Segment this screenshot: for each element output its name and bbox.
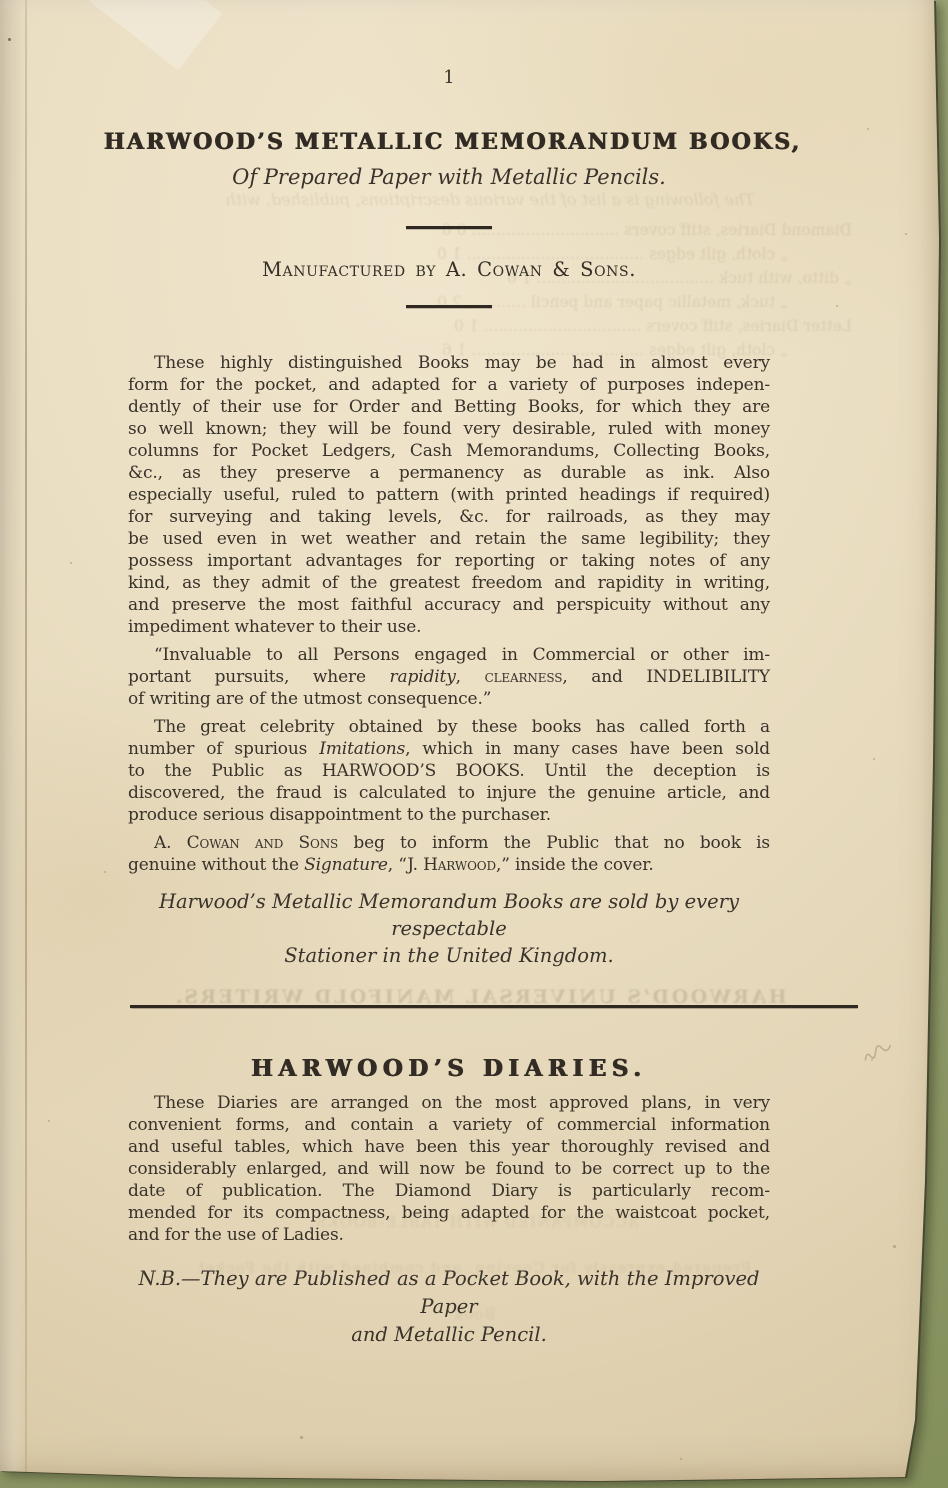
pencil-mark	[860, 1040, 897, 1066]
subtitle: Of Prepared Paper with Metallic Pencils.	[128, 165, 770, 189]
paragraph-imitations-warning: The great celebrity obtained by these bo…	[128, 716, 770, 826]
left-crease-line	[25, 0, 27, 1488]
foxing-speck	[48, 1120, 50, 1122]
foxing-speck	[300, 1436, 303, 1439]
paragraph-diaries-description: These Diaries are arranged on the most a…	[128, 1092, 770, 1246]
foxing-speck	[836, 305, 838, 307]
foxing-speck	[680, 1458, 682, 1460]
text-column: 1 HARWOOD’S METALLIC MEMORANDUM BOOKS, O…	[128, 66, 770, 1349]
paragraph-signature-notice: A. Cowan and Sons beg to inform the Publ…	[128, 832, 770, 876]
foxing-speck	[905, 233, 907, 235]
main-title: HARWOOD’S METALLIC MEMORANDUM BOOKS,	[104, 130, 794, 154]
paragraph-testimonial-quote: “Invaluable to all Persons engaged in Co…	[128, 644, 770, 710]
foxing-speck	[70, 562, 72, 564]
short-rule-top	[406, 226, 492, 229]
short-rule-bottom	[406, 305, 492, 308]
paragraph-books-description: These highly distinguished Books may be …	[128, 352, 770, 638]
page-shadow-wrapper: The following is a list of the various d…	[0, 0, 948, 1488]
page-left-edge	[0, 0, 26, 1488]
foxing-speck	[867, 128, 869, 130]
sold-by-stationers-note: Harwood’s Metallic Memorandum Books are …	[128, 888, 770, 969]
foxing-speck	[873, 758, 875, 760]
section-divider-rule	[130, 1005, 858, 1008]
foxing-speck	[8, 38, 11, 41]
book-page: The following is a list of the various d…	[0, 0, 948, 1488]
foxing-speck	[104, 871, 106, 873]
diaries-section-heading: HARWOOD’S DIARIES.	[128, 1056, 770, 1082]
top-left-page-sliver	[76, 0, 223, 70]
page-number: 1	[128, 66, 770, 90]
nota-bene-line: N.B.—They are Published as a Pocket Book…	[128, 1265, 770, 1349]
manufacturer-line: Manufactured by A. Cowan & Sons.	[128, 258, 770, 281]
scanned-book-page-scene: The following is a list of the various d…	[0, 0, 948, 1488]
foxing-speck	[893, 1245, 896, 1248]
